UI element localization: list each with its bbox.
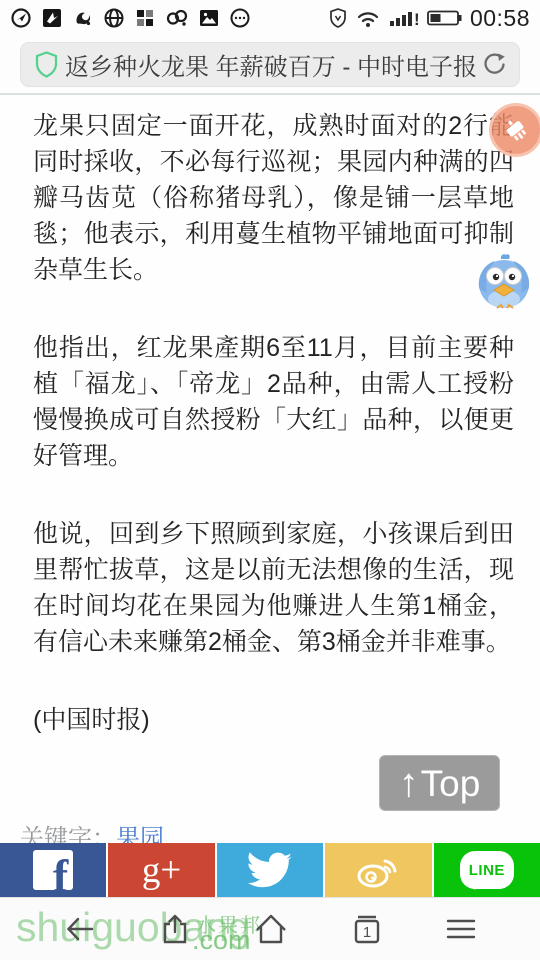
watermark-domain: .com [192,925,251,956]
image-notification-icon [198,7,220,29]
notification-icons [10,7,251,29]
share-twitter-button[interactable] [217,843,323,897]
line-icon: LINE [460,851,514,889]
bird-app-icon [41,7,63,29]
clock: 00:58 [470,5,530,32]
keywords-row: 关键字：果园 [20,818,164,843]
share-icon [159,912,191,946]
status-indicators: ! 00:58 [328,5,530,32]
browser-address-bar: 返乡种火龙果 年薪破百万 - 中时电子报 [0,36,540,95]
bird-mascot-button[interactable] [473,251,535,311]
article-paragraph: 他指出，红龙果產期6至11月，目前主要种植「福龙」、「帝龙」2品种，由需人工授粉… [33,330,514,474]
blue-bird-icon [473,251,535,311]
menu-button[interactable] [444,914,478,944]
share-googleplus-button[interactable]: g+ [108,843,214,897]
signal-alert: ! [414,10,420,28]
more-notifications-icon [229,7,251,29]
article-source: (中国时报) [33,702,514,738]
social-share-bar: f g+ LINE [0,843,540,897]
back-arrow-icon [62,913,98,945]
googleplus-icon: g+ [142,849,181,892]
keywords-label: 关键字： [20,825,116,843]
share-button[interactable] [159,912,191,946]
browser-toolbar: shuiguobang 水果邦 .com 1 [0,897,540,960]
weibo-icon [355,851,401,889]
share-facebook-button[interactable]: f [0,843,106,897]
tabs-icon: 1 [351,912,383,946]
page-content: 龙果只固定一面开花，成熟时面对的2行能同时採收，不必每行巡视；果园内种满的四瓣马… [0,95,540,843]
watermark-latin: shuiguobang [16,904,251,951]
secure-shield-icon [33,50,60,79]
clean-mode-button[interactable] [489,103,540,157]
article-paragraph: 龙果只固定一面开花，成熟时面对的2行能同时採收，不必每行巡视；果园内种满的四瓣马… [33,108,514,288]
uc-browser-icon [72,7,94,29]
refresh-icon[interactable] [482,52,507,77]
signal-bars-icon: ! [388,8,420,28]
keyword-link[interactable]: 果园 [116,825,164,843]
brush-icon [501,115,531,145]
back-button[interactable] [62,913,98,945]
status-bar: ! 00:58 [0,0,540,36]
app-grid-icon [134,7,156,29]
sync-circle-icon [10,7,32,29]
wifi-icon [355,8,381,28]
twitter-bird-icon [248,852,292,888]
up-arrow-icon: ↑ [399,763,419,803]
home-button[interactable] [253,912,289,946]
tabs-button[interactable]: 1 [351,912,383,946]
share-line-button[interactable]: LINE [434,843,540,897]
top-button-label: Top [421,765,481,802]
linked-circles-icon [165,7,189,29]
back-to-top-button[interactable]: ↑ Top [379,755,500,811]
page-title: 返乡种火龙果 年薪破百万 - 中时电子报 [60,47,482,82]
globe-icon [103,7,125,29]
vpn-shield-icon [328,7,348,29]
home-icon [253,912,289,946]
phone-screen: ! 00:58 返乡种火龙果 年薪破百万 - 中时电子报 龙果只固定一面开花，成… [0,0,540,960]
battery-icon [427,9,463,27]
facebook-icon: f [33,850,73,890]
tabs-count: 1 [362,924,370,941]
menu-icon [444,914,478,944]
article-paragraph: 他说，回到乡下照顾到家庭，小孩课后到田里帮忙拔草，这是以前无法想像的生活，现在时… [33,516,514,660]
share-weibo-button[interactable] [325,843,431,897]
url-field[interactable]: 返乡种火龙果 年薪破百万 - 中时电子报 [20,42,520,87]
article-body: 龙果只固定一面开花，成熟时面对的2行能同时採收，不必每行巡视；果园内种满的四瓣马… [0,95,540,738]
